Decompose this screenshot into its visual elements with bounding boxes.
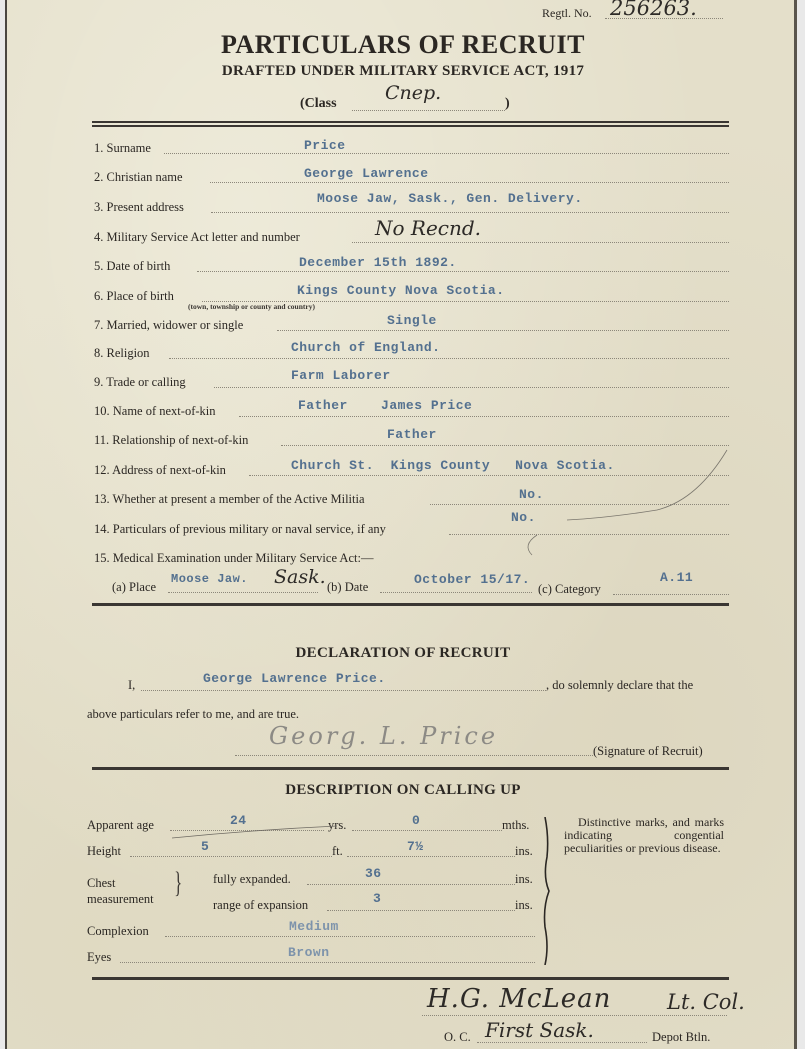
months-unit-label: mths. (502, 818, 529, 833)
range-of-expansion-value: 3 (373, 891, 381, 906)
regtl-no-label: Regtl. No. (542, 6, 592, 21)
header-double-rule-bottom (92, 125, 729, 127)
page-title: PARTICULARS OF RECRUIT (7, 30, 799, 60)
medical-place-typed: Moose Jaw. (171, 572, 248, 586)
field-label-msa-letter-number: 4. Military Service Act letter and numbe… (94, 230, 300, 245)
field-line-trade (214, 387, 729, 388)
field-label-medical-examination: 15. Medical Examination under Military S… (94, 551, 373, 566)
chest-label-2: measurement (87, 892, 154, 907)
field-label-previous-service: 14. Particulars of previous military or … (94, 522, 386, 537)
distinctive-marks-bracket-icon (539, 817, 555, 965)
range-of-expansion-label: range of expansion (213, 898, 308, 913)
page-subtitle: DRAFTED UNDER MILITARY SERVICE ACT, 1917 (7, 63, 799, 80)
fully-expanded-line (307, 884, 515, 885)
pencil-mark-decoration (507, 440, 747, 560)
field-label-place-of-birth: 6. Place of birth (94, 289, 174, 304)
declaration-bottom-rule (92, 767, 729, 770)
recruit-form-document: Regtl. No. 256263. PARTICULARS OF RECRUI… (5, 0, 797, 1049)
apparent-age-label: Apparent age (87, 818, 154, 833)
field-value-marital-status: Single (387, 313, 437, 328)
apparent-age-months: 0 (412, 813, 420, 828)
complexion-label: Complexion (87, 924, 149, 939)
description-bottom-rule (92, 977, 729, 980)
height-in-value: 7½ (407, 839, 424, 854)
field-label-next-of-kin-name: 10. Name of next-of-kin (94, 404, 216, 419)
field-value-trade: Farm Laborer (291, 368, 391, 383)
field-label-marital-status: 7. Married, widower or single (94, 318, 243, 333)
medical-date-label: (b) Date (327, 580, 368, 595)
fully-expanded-label: fully expanded. (213, 872, 291, 887)
header-double-rule-top (92, 121, 729, 123)
ins-unit-label-expanded: ins. (515, 872, 533, 887)
distinctive-marks-text: Distinctive marks, and marks indicating … (564, 816, 724, 855)
declaration-prefix: I, (128, 678, 135, 693)
field-label-trade: 9. Trade or calling (94, 375, 186, 390)
field-label-christian-name: 2. Christian name (94, 170, 183, 185)
height-label: Height (87, 844, 121, 859)
medical-place-hand: Sask. (274, 566, 326, 588)
particulars-bottom-rule (92, 603, 729, 606)
medical-category-line (613, 594, 729, 595)
declaration-title: DECLARATION OF RECRUIT (7, 645, 799, 662)
complexion-line (165, 936, 535, 937)
declaration-line-2: above particulars refer to me, and are t… (87, 707, 299, 722)
pencil-line-decoration (172, 820, 342, 840)
complexion-value: Medium (289, 919, 339, 934)
medical-date-line (380, 592, 532, 593)
medical-place-label: (a) Place (112, 580, 156, 595)
field-label-date-of-birth: 5. Date of birth (94, 259, 170, 274)
description-title: DESCRIPTION ON CALLING UP (7, 782, 799, 799)
field-label-next-of-kin-relationship: 11. Relationship of next-of-kin (94, 433, 248, 448)
declaration-suffix: , do solemnly declare that the (546, 678, 693, 693)
field-label-active-militia: 13. Whether at present a member of the A… (94, 492, 365, 507)
oc-unit-line (477, 1042, 647, 1043)
field-label-present-address: 3. Present address (94, 200, 184, 215)
fully-expanded-value: 36 (365, 866, 382, 881)
field-line-marital-status (277, 330, 729, 331)
field-value-christian-name: George Lawrence (304, 166, 429, 181)
field-line-msa-letter-number (352, 242, 729, 243)
medical-category-label: (c) Category (538, 582, 601, 597)
field-value-date-of-birth: December 15th 1892. (299, 255, 457, 270)
regtl-no-value: 256263. (610, 0, 697, 20)
oc-unit-hand: First Sask. (485, 1018, 594, 1042)
declaration-name-line (141, 690, 546, 691)
height-in-line (347, 856, 515, 857)
field-label-next-of-kin-address: 12. Address of next-of-kin (94, 463, 226, 478)
chest-label-1: Chest (87, 876, 115, 891)
oc-label: O. C. (444, 1030, 471, 1045)
recruit-signature-label: (Signature of Recruit) (593, 744, 703, 759)
field-value-next-of-kin-name: Father James Price (298, 398, 472, 413)
field-label-surname: 1. Surname (94, 141, 151, 156)
officer-signature: H.G. McLean (427, 984, 611, 1014)
ins-unit-label-height: ins. (515, 844, 533, 859)
recruit-signature: Georg. L. Price (269, 722, 498, 750)
officer-signature-line (422, 1015, 727, 1016)
declaration-name: George Lawrence Price. (203, 671, 386, 686)
field-note-place-of-birth: (town, township or county and country) (188, 302, 315, 311)
ft-unit-label: ft. (332, 844, 343, 859)
field-value-religion: Church of England. (291, 340, 440, 355)
range-of-expansion-line (327, 910, 515, 911)
field-value-msa-letter-number: No Recnd. (375, 216, 481, 240)
field-value-surname: Price (304, 138, 346, 153)
field-value-present-address: Moose Jaw, Sask., Gen. Delivery. (317, 191, 583, 206)
field-value-place-of-birth: Kings County Nova Scotia. (297, 283, 505, 298)
class-value: Cnep. (385, 82, 441, 104)
chest-brace-icon: } (174, 866, 182, 900)
eyes-value: Brown (288, 945, 330, 960)
field-line-surname (164, 153, 729, 154)
field-line-christian-name (210, 182, 729, 183)
recruit-signature-line (235, 755, 593, 756)
depot-label: Depot Btln. (652, 1030, 710, 1045)
field-line-present-address (211, 212, 729, 213)
eyes-label: Eyes (87, 950, 111, 965)
field-line-next-of-kin-name (239, 416, 729, 417)
officer-rank: Lt. Col. (667, 990, 745, 1014)
field-line-religion (169, 358, 729, 359)
field-label-religion: 8. Religion (94, 346, 150, 361)
medical-date-value: October 15/17. (414, 572, 530, 587)
medical-category-value: A.11 (660, 570, 693, 585)
height-ft-line (130, 856, 332, 857)
class-label-close: ) (505, 96, 510, 112)
medical-place-line (168, 592, 318, 593)
height-ft-value: 5 (201, 839, 209, 854)
apparent-age-months-line (352, 830, 502, 831)
class-dots (352, 110, 505, 111)
class-label-open: (Class (300, 96, 337, 112)
field-value-next-of-kin-relationship: Father (387, 427, 437, 442)
eyes-line (120, 962, 535, 963)
ins-unit-label-range: ins. (515, 898, 533, 913)
field-line-date-of-birth (197, 271, 729, 272)
